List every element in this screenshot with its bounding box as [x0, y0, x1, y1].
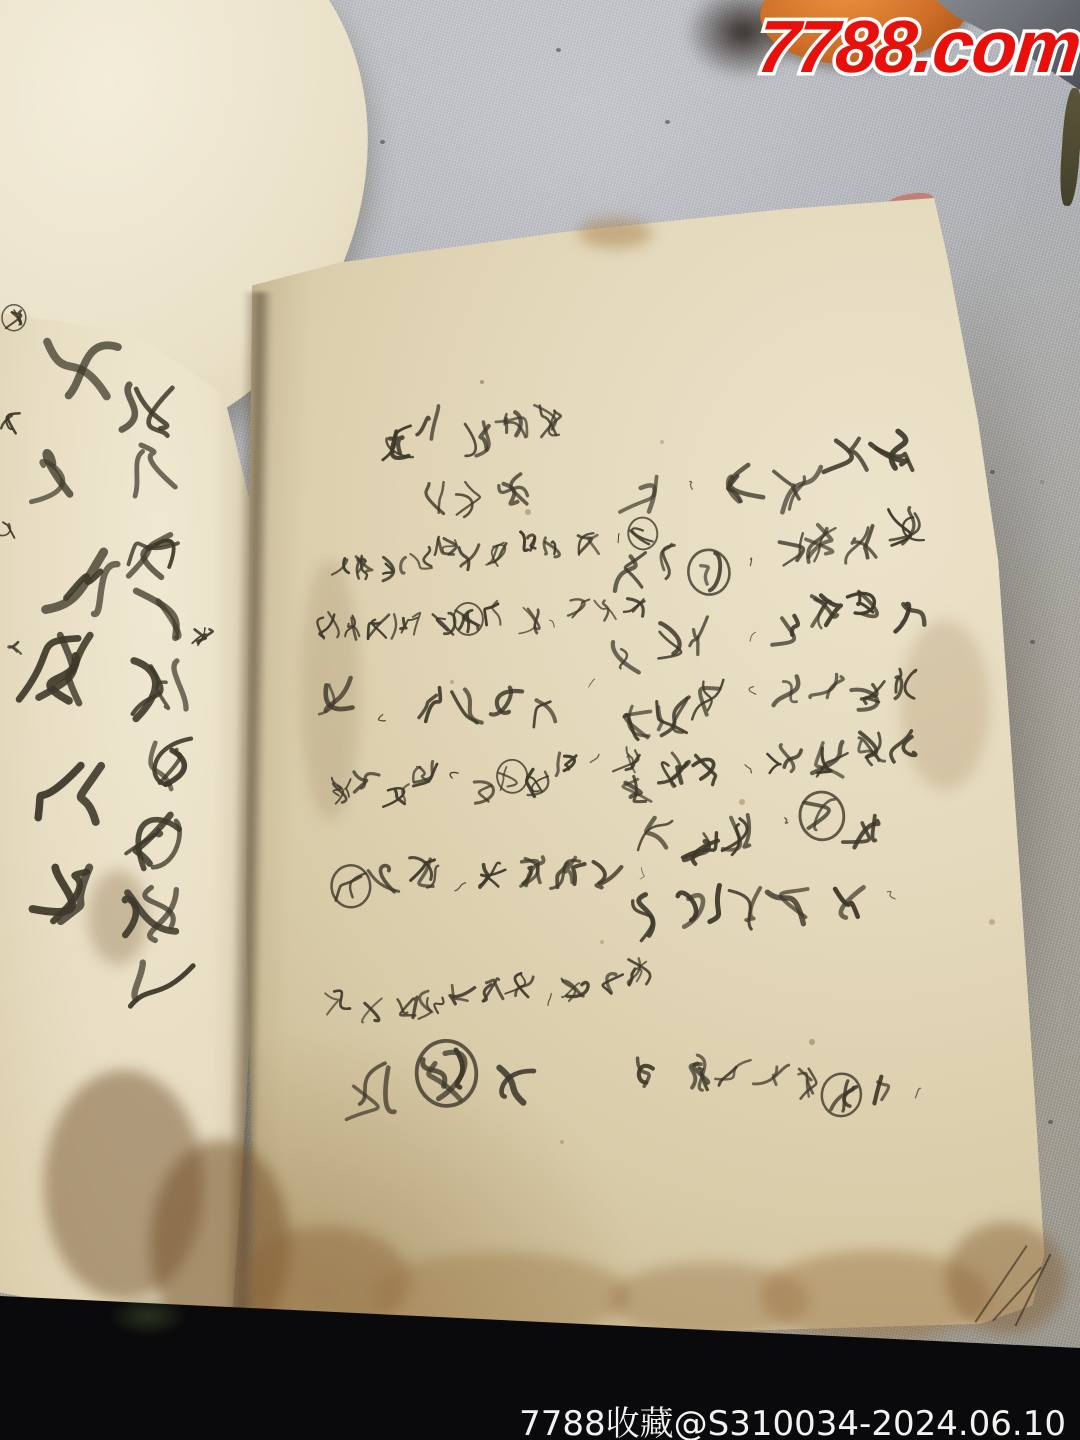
stain	[44, 1070, 204, 1300]
calligraphy-column: 醫藥衛生人員	[28, 316, 112, 940]
ink-scribble	[28, 316, 112, 940]
stain	[578, 218, 652, 248]
pen-mark	[186, 615, 215, 654]
fabric-speck	[556, 48, 561, 52]
calligraphy-line: 奈小虫	[340, 1040, 544, 1120]
fabric-speck	[665, 120, 670, 124]
site-watermark: 7788.com 7788.com	[758, 4, 1078, 100]
fabric-speck	[1048, 1120, 1053, 1124]
caption-watermark: 7788收藏@S310034-2024.06.10	[519, 1396, 1066, 1440]
photo-scene: 送瘟神二首 毛泽东 读六月三十日人民日报，余 江县消灭了血吸虫。浮想联 翩，夜不…	[0, 0, 1080, 1440]
ink-scribble	[126, 366, 200, 1014]
ink-scribble	[340, 1040, 544, 1120]
fabric-speck	[380, 140, 385, 144]
calligraphy-column-partial	[0, 266, 24, 696]
book-cover-edge	[108, 1296, 188, 1336]
ink-scribble	[186, 615, 215, 654]
ink-scribble	[0, 266, 24, 696]
calligraphy-column: 團結新老中西各部分	[126, 366, 200, 1014]
site-watermark-text: 7788.com	[754, 4, 1080, 89]
